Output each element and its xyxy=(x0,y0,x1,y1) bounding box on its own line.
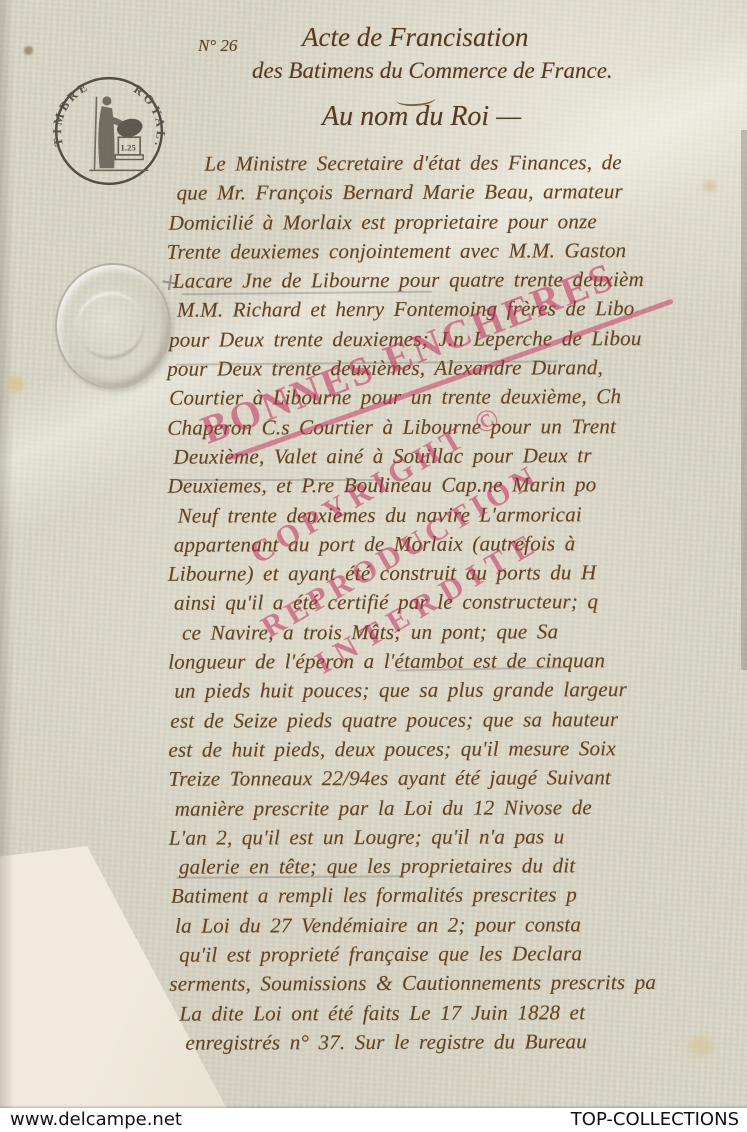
footer-seller-name: TOP-COLLECTIONS xyxy=(571,1108,739,1132)
manuscript-line: enregistrés n° 37. Sur le registre du Bu… xyxy=(1,1027,747,1059)
manuscript-line: La dite Loi ont été faits Le 17 Juin 182… xyxy=(1,997,747,1029)
manuscript-body: Le Ministre Secretaire d'état des Financ… xyxy=(0,148,747,1059)
stamp-word-timbre: TIMBRE xyxy=(52,79,92,148)
manuscript-line: un pieds huit pouces; que sa plus grande… xyxy=(0,675,747,707)
svg-text:TIMBRE: TIMBRE xyxy=(52,79,92,148)
manuscript-line: est de huit pieds, deux pouces; qu'il me… xyxy=(0,734,747,766)
manuscript-line: serments, Soumissions & Cautionnements p… xyxy=(1,968,747,1000)
manuscript-line: Batiment a rempli les formalités prescri… xyxy=(1,880,747,912)
paper: TIMBRE ROYAL. 1.25 xyxy=(0,0,747,1132)
manuscript-line: Le Ministre Secretaire d'état des Financ… xyxy=(0,148,746,180)
document-title-line2: des Batimens du Commerce de France. xyxy=(252,58,613,84)
manuscript-line: M.M. Richard et henry Fontemoing frères … xyxy=(0,294,746,326)
foxing-spot xyxy=(24,46,33,55)
footer-bar: www.delcampe.net TOP-COLLECTIONS xyxy=(0,1108,747,1132)
manuscript-line: la Loi du 27 Vendémiaire an 2; pour cons… xyxy=(1,909,747,941)
manuscript-line: galerie en tête; que les proprietaires d… xyxy=(1,851,747,883)
manuscript-line: Domicilié à Morlaix est proprietaire pou… xyxy=(0,206,746,238)
manuscript-line: que Mr. François Bernard Marie Beau, arm… xyxy=(0,177,746,209)
manuscript-line: manière prescrite par la Loi du 12 Nivos… xyxy=(1,792,747,824)
document-number: N° 26 xyxy=(198,36,237,56)
manuscript-line: Chaperon C.s Courtier à Libourne pour un… xyxy=(0,411,746,443)
manuscript-line: est de Seize pieds quatre pouces; que sa… xyxy=(0,704,747,736)
document-title: Acte de Francisation xyxy=(302,22,528,53)
footer-site-url: www.delcampe.net xyxy=(10,1108,182,1132)
manuscript-line: L'an 2, qu'il est un Lougre; qu'il n'a p… xyxy=(1,822,747,854)
document-subtitle: Au nom du Roi — xyxy=(322,101,521,133)
manuscript-line: Treize Tonneaux 22/94es ayant été jaugé … xyxy=(1,763,747,795)
manuscript-line: qu'il est proprieté française que les De… xyxy=(1,939,747,971)
scanned-document-page: TIMBRE ROYAL. 1.25 xyxy=(0,0,747,1132)
manuscript-line: Trente deuxiemes conjointement avec M.M.… xyxy=(0,236,746,268)
